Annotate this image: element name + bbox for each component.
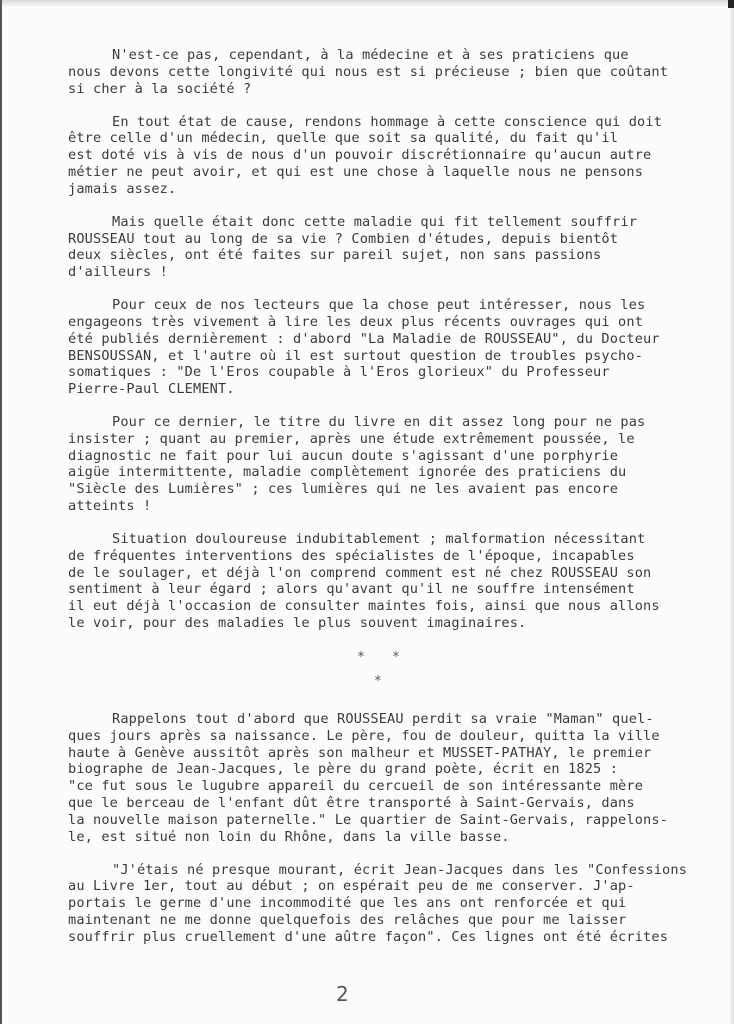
paragraph: N'est-ce pas, cependant, à la médecine e… (68, 47, 734, 97)
text-line: Pierre-Paul CLEMENT. (68, 381, 734, 398)
text-line: nous devons cette longivité qui nous est… (68, 64, 734, 81)
text-line: été publiés dernièrement : d'abord "La M… (68, 331, 734, 348)
separator-star: * (357, 650, 365, 665)
text-line: sentiment à leur égard ; alors qu'avant … (68, 581, 734, 598)
paragraph: Situation douloureuse indubitablement ; … (68, 531, 734, 632)
text-line: de le soulager, et déjà l'on comprend co… (68, 565, 734, 582)
scan-corner-shadow (728, 0, 734, 8)
text-line: Situation douloureuse indubitablement ; … (68, 531, 734, 548)
text-line: la nouvelle maison paternelle." Le quart… (68, 812, 734, 829)
text-line: deux siècles, ont été faites sur pareil … (68, 247, 734, 264)
text-line: diagnostic ne fait pour lui aucun doute … (68, 448, 734, 465)
paragraph: En tout état de cause, rendons hommage à… (68, 114, 734, 198)
scanned-page: N'est-ce pas, cependant, à la médecine e… (0, 0, 734, 1024)
text-line: "Siècle des Lumières" ; ces lumières qui… (68, 481, 734, 498)
text-line: Rappelons tout d'abord que ROUSSEAU perd… (68, 711, 734, 728)
text-line: ROUSSEAU tout au long de sa vie ? Combie… (68, 231, 734, 248)
text-line: Pour ce dernier, le titre du livre en di… (68, 414, 734, 431)
page-number: 2 (336, 982, 349, 1006)
separator-star: * (374, 674, 382, 689)
text-line: être celle d'un médecin, quelle que soit… (68, 130, 734, 147)
body-text-top: N'est-ce pas, cependant, à la médecine e… (68, 47, 734, 648)
paragraph: "J'étais né presque mourant, écrit Jean-… (68, 862, 734, 946)
text-line: de fréquentes interventions des spéciali… (68, 548, 734, 565)
text-line: au Livre 1er, tout au début ; on espérai… (68, 878, 734, 895)
text-line: atteints ! (68, 498, 734, 515)
text-line: insister ; quant au premier, après une é… (68, 431, 734, 448)
text-line: souffrir plus cruellement d'une aûtre fa… (68, 929, 734, 946)
text-line: aigüe intermittente, maladie complètemen… (68, 464, 734, 481)
text-line: N'est-ce pas, cependant, à la médecine e… (68, 47, 734, 64)
text-line: est doté vis à vis de nous d'un pouvoir … (68, 147, 734, 164)
text-line: "J'étais né presque mourant, écrit Jean-… (68, 862, 734, 879)
text-line: biographe de Jean-Jacques, le père du gr… (68, 761, 734, 778)
text-line: BENSOUSSAN, et l'autre où il est surtout… (68, 348, 734, 365)
text-line: ques jours après sa naissance. Le père, … (68, 728, 734, 745)
text-line: le, est situé non loin du Rhône, dans la… (68, 829, 734, 846)
paragraph: Rappelons tout d'abord que ROUSSEAU perd… (68, 711, 734, 845)
text-line: jamais assez. (68, 181, 734, 198)
text-line: si cher à la société ? (68, 81, 734, 98)
separator-star: * (392, 650, 400, 665)
paragraph: Mais quelle était donc cette maladie qui… (68, 214, 734, 281)
text-line: il eut déjà l'occasion de consulter main… (68, 598, 734, 615)
text-line: que le berceau de l'enfant dût être tran… (68, 795, 734, 812)
scan-top-edge (2, 0, 734, 6)
section-separator: * * * (2, 646, 734, 696)
paragraph: Pour ceux de nos lecteurs que la chose p… (68, 297, 734, 398)
body-text-bottom: Rappelons tout d'abord que ROUSSEAU perd… (68, 711, 734, 962)
text-line: haute à Genève aussitôt après son malheu… (68, 745, 734, 762)
paragraph: Pour ce dernier, le titre du livre en di… (68, 414, 734, 515)
text-line: engageons très vivement à lire les deux … (68, 314, 734, 331)
text-line: d'ailleurs ! (68, 264, 734, 281)
text-line: En tout état de cause, rendons hommage à… (68, 114, 734, 131)
text-line: Pour ceux de nos lecteurs que la chose p… (68, 297, 734, 314)
text-line: maintenant ne me donne quelquefois des r… (68, 912, 734, 929)
text-line: "ce fut sous le lugubre appareil du cerc… (68, 778, 734, 795)
text-line: portais le germe d'une incommodité que l… (68, 895, 734, 912)
text-line: Mais quelle était donc cette maladie qui… (68, 214, 734, 231)
text-line: le voir, pour des maladies le plus souve… (68, 615, 734, 632)
text-line: somatiques : "De l'Eros coupable à l'Ero… (68, 364, 734, 381)
text-line: métier ne peut avoir, et qui est une cho… (68, 164, 734, 181)
